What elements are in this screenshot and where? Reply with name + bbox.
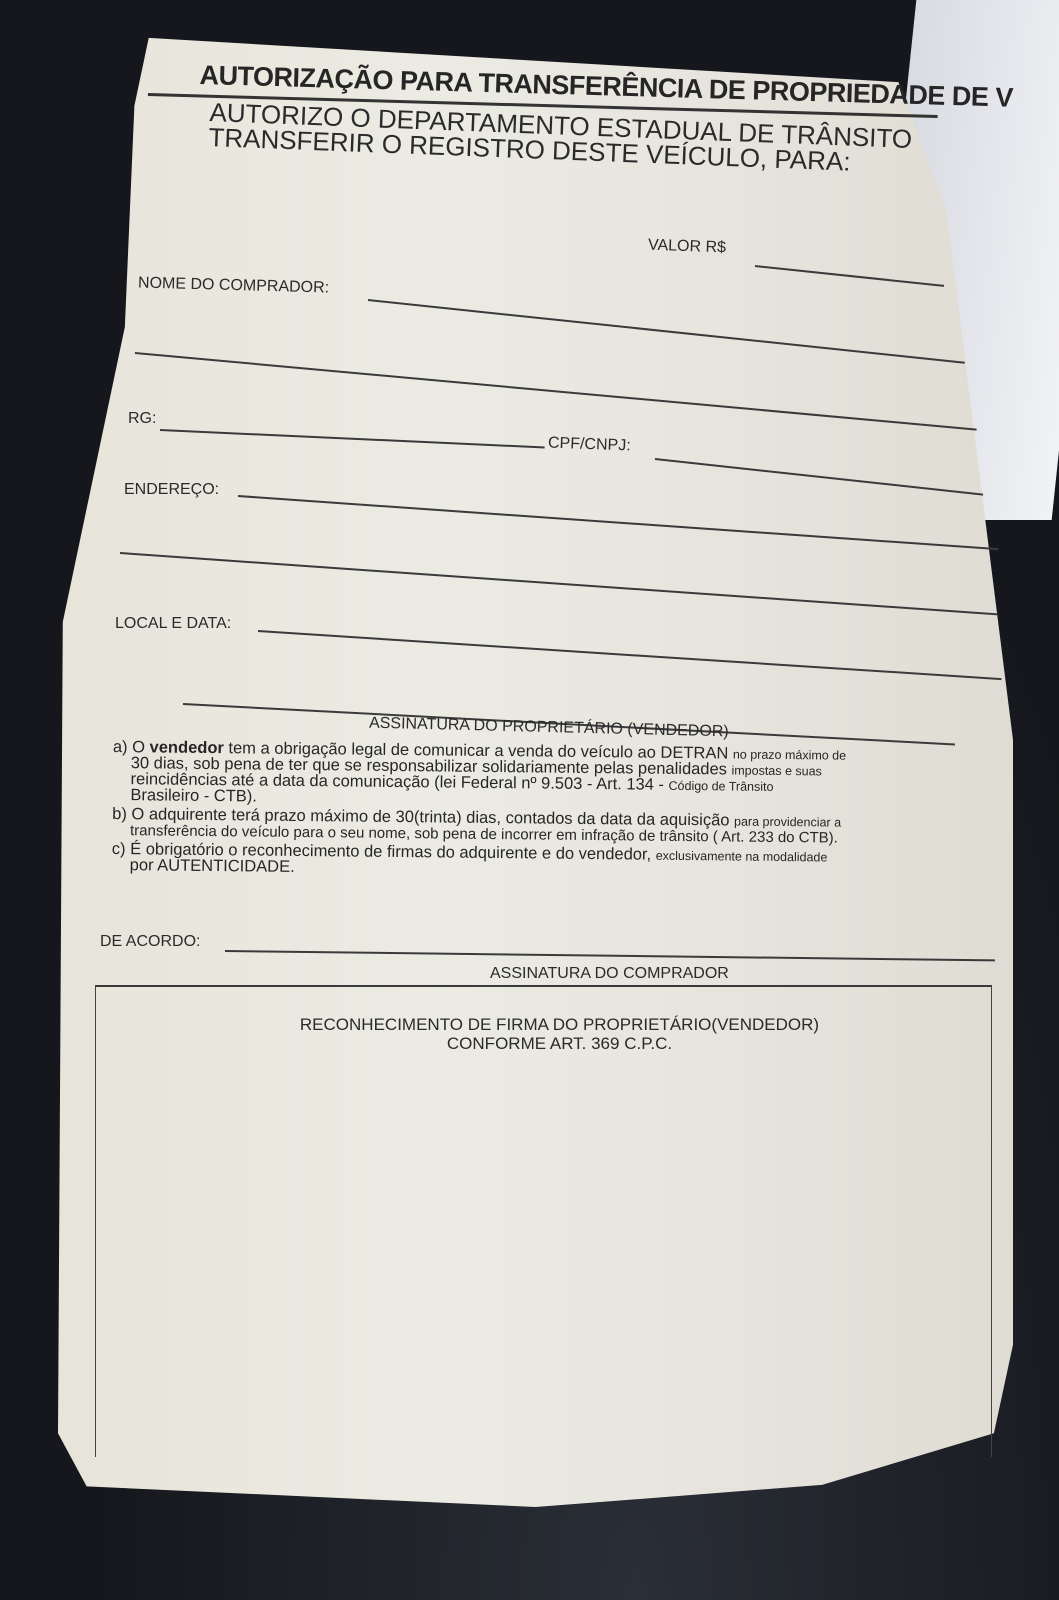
rg-label: RG:	[128, 410, 156, 428]
buyer-signature-field[interactable]	[225, 950, 995, 961]
legal-notes: a) O vendedor tem a obrigação legal de c…	[112, 740, 1013, 886]
notary-recognition-box	[95, 985, 992, 1457]
rg-field[interactable]	[160, 429, 545, 448]
cpf-cnpj-field[interactable]	[655, 458, 983, 496]
valor-label: VALOR R$	[648, 237, 727, 258]
note-c: c) É obrigatório o reconhecimento de fir…	[112, 842, 1012, 882]
form-content: AUTORIZAÇÃO PARA TRANSFERÊNCIA DE PROPRI…	[0, 0, 1059, 1600]
cpf-cnpj-label: CPF/CNPJ:	[548, 435, 631, 456]
de-acordo-label: DE ACORDO:	[100, 933, 200, 951]
buyer-name-field[interactable]	[368, 299, 965, 364]
buyer-name-label: NOME DO COMPRADOR:	[138, 275, 330, 298]
buyer-signature-caption: ASSINATURA DO COMPRADOR	[490, 965, 729, 983]
valor-field[interactable]	[755, 265, 944, 287]
place-date-label: LOCAL E DATA:	[115, 615, 231, 633]
note-a: a) O vendedor tem a obrigação legal de c…	[112, 740, 1013, 812]
buyer-name-field-line-2[interactable]	[135, 352, 977, 431]
address-field[interactable]	[238, 495, 998, 550]
address-field-line-2[interactable]	[120, 552, 998, 615]
seller-signature-caption: ASSINATURA DO PROPRIETÁRIO (VENDEDOR)	[369, 715, 729, 742]
notary-box-title: RECONHECIMENTO DE FIRMA DO PROPRIETÁRIO(…	[0, 1015, 1059, 1053]
place-date-field[interactable]	[258, 630, 1002, 680]
address-label: ENDEREÇO:	[124, 481, 219, 499]
